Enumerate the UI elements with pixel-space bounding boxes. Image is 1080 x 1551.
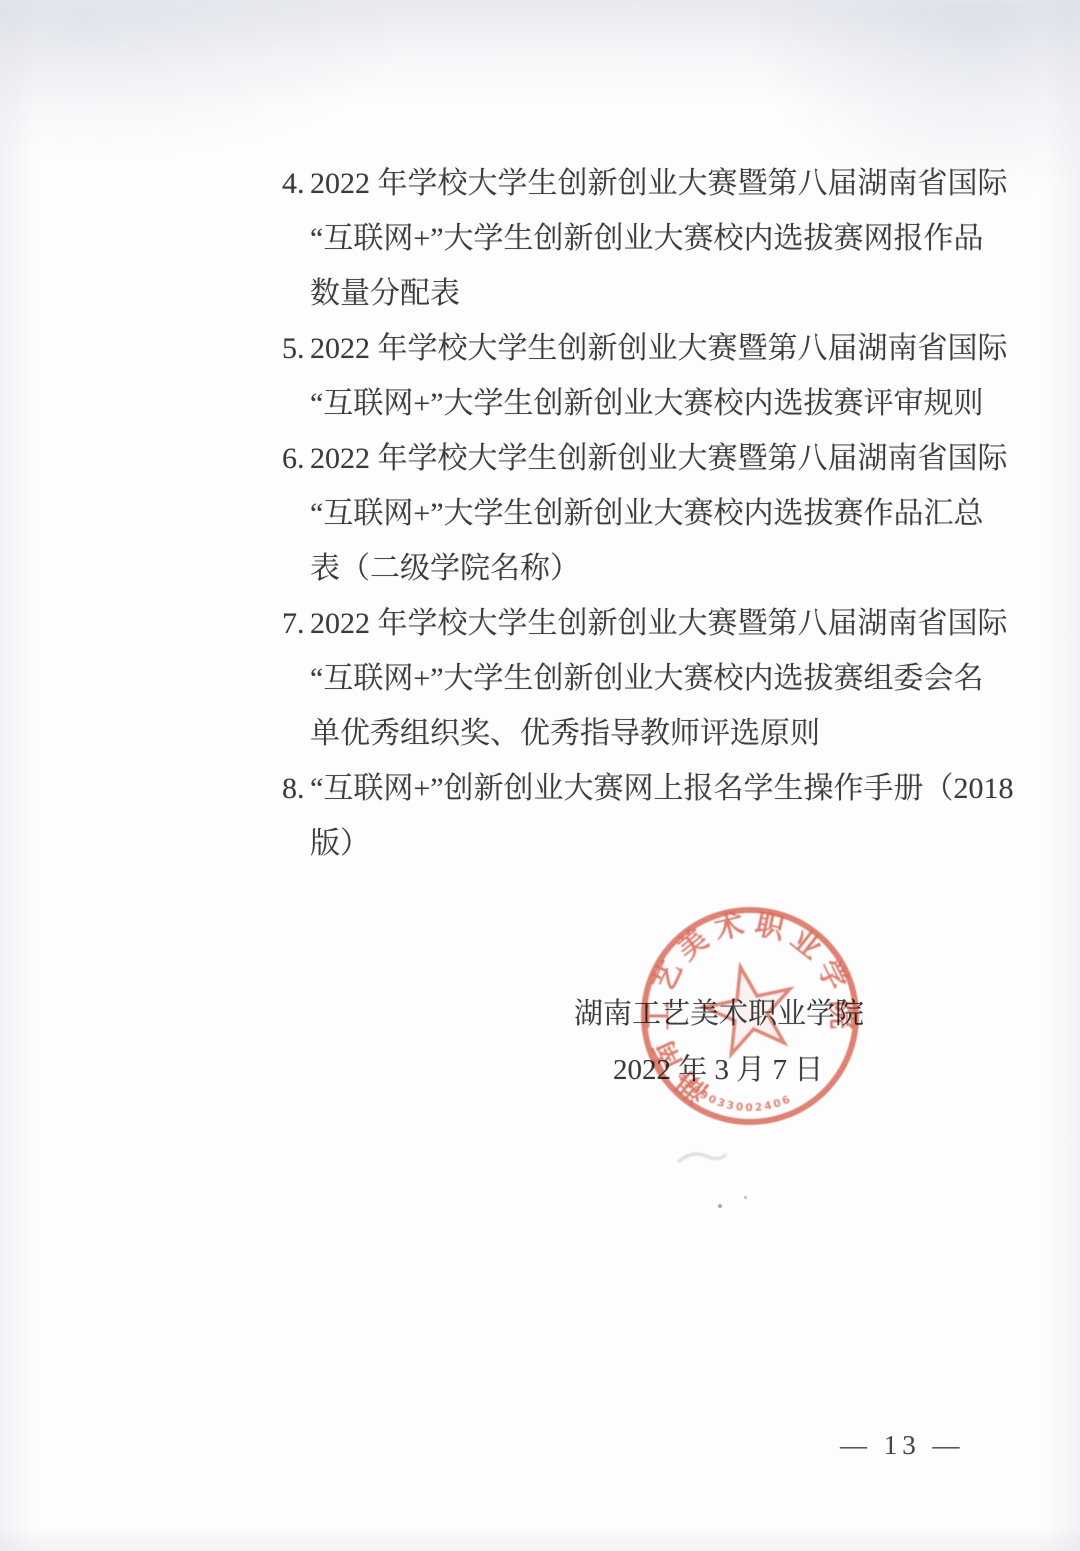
list-line: 8.“互联网+”创新创业大赛网上报名学生操作手册（2018 [282,761,992,816]
list-line: 单优秀组织奖、优秀指导教师评选原则 [310,706,992,761]
list-item-7: 7.2022 年学校大学生创新创业大赛暨第八届湖南省国际 “互联网+”大学生创新… [282,596,992,761]
item-text: “互联网+”创新创业大赛网上报名学生操作手册（2018 [310,772,1014,805]
item-number: 4. [282,156,310,211]
star-icon [698,958,801,1058]
list-line: “互联网+”大学生创新创业大赛校内选拔赛作品汇总 [310,486,992,541]
list-line: 7.2022 年学校大学生创新创业大赛暨第八届湖南省国际 [282,596,992,651]
list-line: 数量分配表 [310,266,992,321]
item-number: 7. [282,596,310,651]
list-line: “互联网+”大学生创新创业大赛校内选拔赛组委会名 [310,651,992,706]
item-number: 5. [282,321,310,376]
scan-shading-right [1044,0,1080,1551]
list-item-8: 8.“互联网+”创新创业大赛网上报名学生操作手册（2018 版） [282,761,992,871]
scan-shading-left [0,0,36,1551]
list-line: “互联网+”大学生创新创业大赛校内选拔赛评审规则 [310,376,992,431]
item-number: 8. [282,761,310,816]
smudge-mark [676,1146,728,1168]
attachment-list: 4.2022 年学校大学生创新创业大赛暨第八届湖南省国际 “互联网+”大学生创新… [282,156,992,871]
item-text: 2022 年学校大学生创新创业大赛暨第八届湖南省国际 [310,607,1008,640]
item-number: 6. [282,431,310,486]
list-line: 版） [310,816,992,871]
list-item-6: 6.2022 年学校大学生创新创业大赛暨第八届湖南省国际 “互联网+”大学生创新… [282,431,992,596]
list-item-5: 5.2022 年学校大学生创新创业大赛暨第八届湖南省国际 “互联网+”大学生创新… [282,321,992,431]
list-line: 5.2022 年学校大学生创新创业大赛暨第八届湖南省国际 [282,321,992,376]
scan-shading-top [0,0,1080,110]
list-item-4: 4.2022 年学校大学生创新创业大赛暨第八届湖南省国际 “互联网+”大学生创新… [282,156,992,321]
item-text: 2022 年学校大学生创新创业大赛暨第八届湖南省国际 [310,332,1008,365]
list-line: 6.2022 年学校大学生创新创业大赛暨第八届湖南省国际 [282,431,992,486]
official-seal: 湖南工艺美术职业学院 4309033002406 [630,896,870,1136]
scan-shading-top-left [0,0,420,160]
item-text: 2022 年学校大学生创新创业大赛暨第八届湖南省国际 [310,167,1008,200]
page-number: — 13 — [840,1430,965,1461]
scan-shading-bottom [0,1525,1080,1551]
list-line: 4.2022 年学校大学生创新创业大赛暨第八届湖南省国际 [282,156,992,211]
list-line: “互联网+”大学生创新创业大赛校内选拔赛网报作品 [310,211,992,266]
list-line: 表（二级学院名称） [310,541,992,596]
item-text: 2022 年学校大学生创新创业大赛暨第八届湖南省国际 [310,442,1008,475]
smudge-dot [718,1204,722,1208]
smudge-dot [744,1196,747,1199]
